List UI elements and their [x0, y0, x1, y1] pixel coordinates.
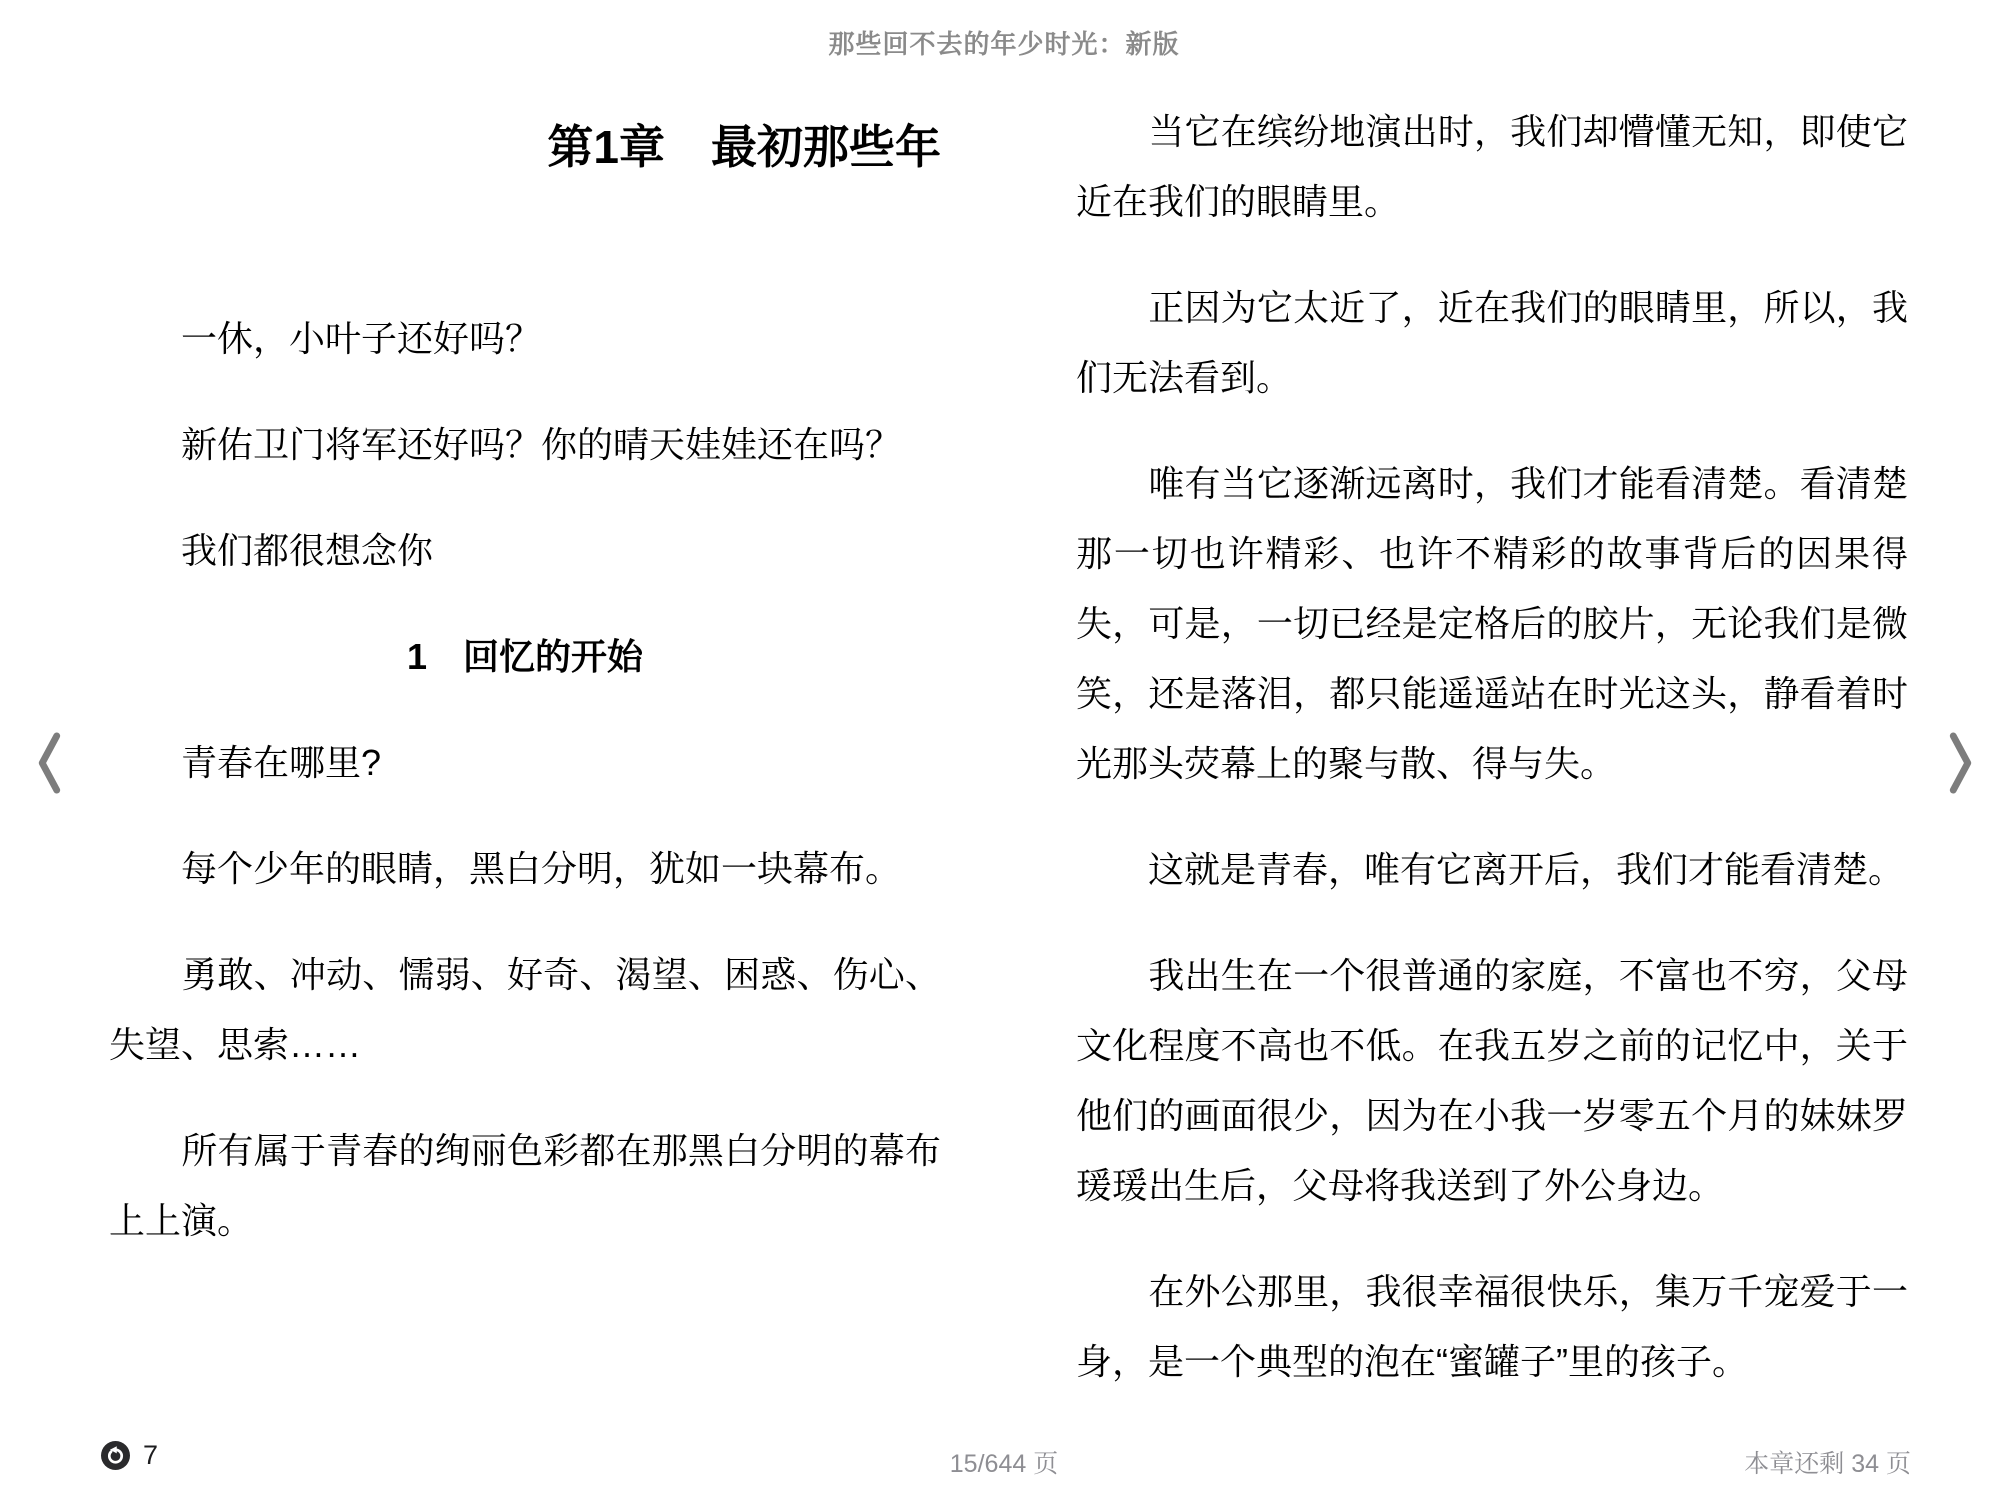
chapter-pages-remaining: 本章还剩 34 页	[1744, 1444, 1911, 1480]
paragraph-line: 笑，还是落泪，都只能遥遥站在时光这头，静看着时	[1076, 659, 1908, 729]
paragraph-line: 身，是一个典型的泡在“蜜罐子”里的孩子。	[1076, 1327, 1908, 1397]
chapter-title: 第1章 最初那些年	[109, 115, 941, 179]
right-text-column: 当它在缤纷地演出时，我们却懵懂无知，即使它近在我们的眼睛里。 正因为它太近了，近…	[1076, 97, 1908, 1397]
paragraph: 新佑卫门将军还好吗？你的晴天娃娃还在吗？	[109, 410, 941, 480]
paragraph-line: 新佑卫门将军还好吗？你的晴天娃娃还在吗？	[109, 410, 941, 480]
paragraph-line: 唯有当它逐渐远离时，我们才能看清楚。看清楚	[1076, 449, 1908, 519]
paragraph-line: 失望、思索……	[109, 1010, 941, 1080]
paragraph-line: 上上演。	[109, 1186, 941, 1256]
paragraph: 当它在缤纷地演出时，我们却懵懂无知，即使它近在我们的眼睛里。	[1076, 97, 1908, 237]
paragraph: 勇敢、冲动、懦弱、好奇、渴望、困惑、伤心、失望、思索……	[109, 940, 941, 1080]
ebook-reader-page: { "header": { "book_title": "那些回不去的年少时光：…	[0, 0, 2008, 1488]
paragraph-line: 瑗瑗出生后，父母将我送到了外公身边。	[1076, 1151, 1908, 1221]
paragraph: 青春在哪里?	[109, 728, 941, 798]
paragraph: 这就是青春，唯有它离开后，我们才能看清楚。	[1076, 835, 1908, 905]
paragraph: 正因为它太近了，近在我们的眼睛里，所以，我们无法看到。	[1076, 273, 1908, 413]
paragraph-line: 在外公那里，我很幸福很快乐，集万千宠爱于一	[1076, 1257, 1908, 1327]
paragraph-line: 文化程度不高也不低。在我五岁之前的记忆中，关于	[1076, 1011, 1908, 1081]
paragraph-line: 青春在哪里?	[109, 728, 941, 798]
left-column-paragraphs: 一休，小叶子还好吗？ 新佑卫门将军还好吗？你的晴天娃娃还在吗？ 我们都很想念你1…	[109, 304, 941, 1256]
paragraph-line: 每个少年的眼睛，黑白分明，犹如一块幕布。	[109, 834, 941, 904]
left-text-column: 第1章 最初那些年 一休，小叶子还好吗？ 新佑卫门将军还好吗？你的晴天娃娃还在吗…	[109, 95, 941, 1256]
paragraph-line: 我们都很想念你	[109, 516, 941, 586]
paragraph-line: 失，可是，一切已经是定格后的胶片，无论我们是微	[1076, 589, 1908, 659]
paragraph: 我们都很想念你	[109, 516, 941, 586]
book-title-header: 那些回不去的年少时光：新版	[0, 24, 2008, 61]
paragraph: 唯有当它逐渐远离时，我们才能看清楚。看清楚那一切也许精彩、也许不精彩的故事背后的…	[1076, 449, 1908, 799]
paragraph-line: 们无法看到。	[1076, 343, 1908, 413]
paragraph-line: 勇敢、冲动、懦弱、好奇、渴望、困惑、伤心、	[109, 940, 941, 1010]
paragraph-line: 所有属于青春的绚丽色彩都在那黑白分明的幕布	[109, 1116, 941, 1186]
paragraph-line: 那一切也许精彩、也许不精彩的故事背后的因果得	[1076, 519, 1908, 589]
chevron-right-icon[interactable]	[1948, 731, 1974, 795]
paragraph: 每个少年的眼睛，黑白分明，犹如一块幕布。	[109, 834, 941, 904]
paragraph: 一休，小叶子还好吗？	[109, 304, 941, 374]
paragraph: 我出生在一个很普通的家庭，不富也不穷，父母文化程度不高也不低。在我五岁之前的记忆…	[1076, 941, 1908, 1221]
paragraph-line: 正因为它太近了，近在我们的眼睛里，所以，我	[1076, 273, 1908, 343]
chevron-left-icon[interactable]	[36, 731, 62, 795]
paragraph-line: 他们的画面很少，因为在小我一岁零五个月的妹妹罗	[1076, 1081, 1908, 1151]
paragraph-line: 光那头荧幕上的聚与散、得与失。	[1076, 729, 1908, 799]
page-indicator: 15/644 页	[0, 1444, 2008, 1480]
paragraph-line: 我出生在一个很普通的家庭，不富也不穷，父母	[1076, 941, 1908, 1011]
paragraph-line: 一休，小叶子还好吗？	[109, 304, 941, 374]
right-column-paragraphs: 当它在缤纷地演出时，我们却懵懂无知，即使它近在我们的眼睛里。 正因为它太近了，近…	[1076, 97, 1908, 1397]
paragraph-line: 这就是青春，唯有它离开后，我们才能看清楚。	[1076, 835, 1908, 905]
section-subtitle: 1 回忆的开始	[109, 622, 941, 692]
paragraph-line: 近在我们的眼睛里。	[1076, 167, 1908, 237]
paragraph-line: 当它在缤纷地演出时，我们却懵懂无知，即使它	[1076, 97, 1908, 167]
paragraph: 所有属于青春的绚丽色彩都在那黑白分明的幕布上上演。	[109, 1116, 941, 1256]
paragraph: 在外公那里，我很幸福很快乐，集万千宠爱于一身，是一个典型的泡在“蜜罐子”里的孩子…	[1076, 1257, 1908, 1397]
